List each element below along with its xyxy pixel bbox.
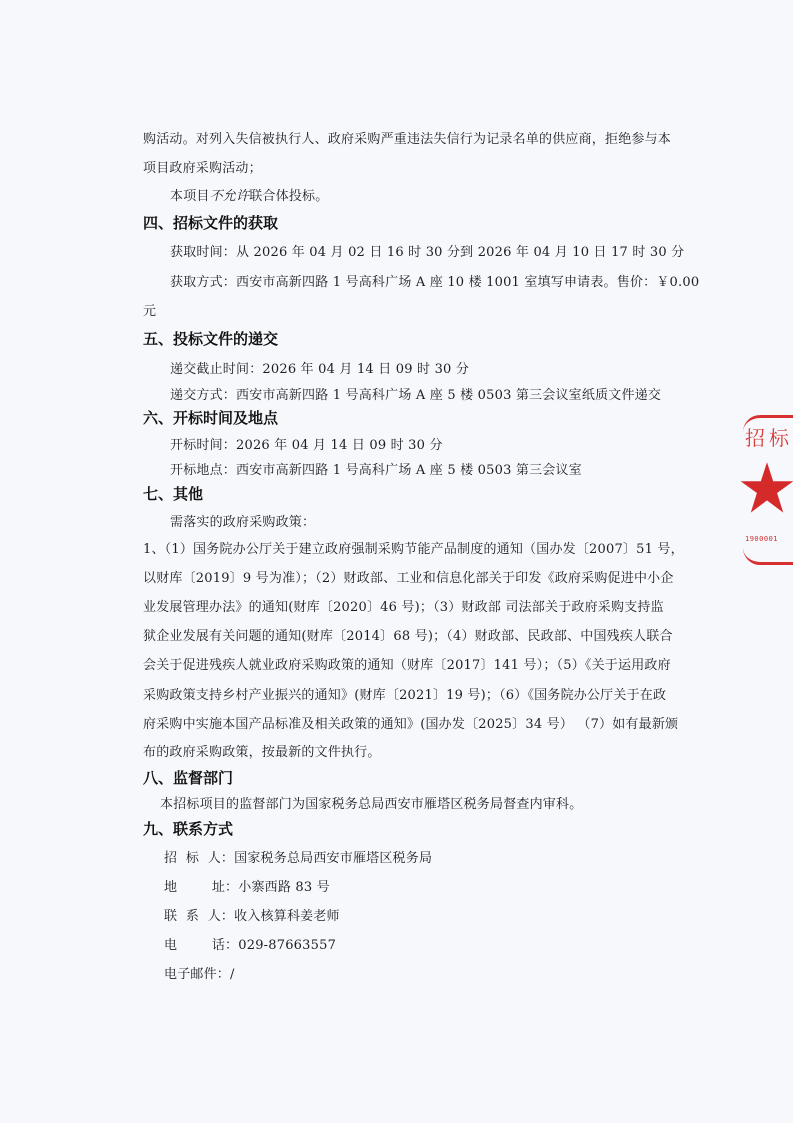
star-icon (739, 460, 793, 516)
policy-line: 业发展管理办法》的通知(财库〔2020〕46 号)；（3）财政部 司法部关于政府… (143, 600, 664, 616)
policy-intro: 需落实的政府采购政策： (170, 515, 315, 531)
section-7-heading: 七、其他 (143, 485, 203, 503)
contact-row-tenderer: 招 标 人：国家税务总局西安市雁塔区税务局 (164, 851, 432, 867)
policy-line: 以财库〔2019〕9 号为准）；（2）财政部、工业和信息化部关于印发《政府采购促… (143, 571, 674, 587)
consortium-prefix: 本项目 (170, 189, 210, 204)
submission-method: 递交方式：西安市高新四路 1 号高科广场 A 座 5 楼 0503 第三会议室纸… (170, 388, 661, 404)
consortium-suffix: 联合体投标。 (249, 189, 328, 204)
seal-ring-bottom (743, 548, 793, 565)
section-8-heading: 八、监督部门 (143, 769, 233, 787)
contact-value: 收入核算科姜老师 (234, 909, 340, 924)
policy-line: 会关于促进残疾人就业政府采购政策的通知（财库〔2017〕141 号）；（5）《关… (143, 658, 671, 674)
contact-label: 电 话： (164, 938, 238, 953)
contact-row-person: 联 系 人：收入核算科姜老师 (164, 909, 340, 925)
acquisition-time: 获取时间：从 2026 年 04 月 02 日 16 时 30 分到 2026 … (170, 245, 684, 261)
contact-label: 联 系 人： (164, 909, 234, 924)
contact-value: 029-87663557 (238, 938, 336, 953)
policy-line: 布的政府采购政策，按最新的文件执行。 (143, 745, 381, 761)
section-4-heading: 四、招标文件的获取 (143, 214, 278, 232)
policy-line: 狱企业发展有关问题的通知(财库〔2014〕68 号)；（4）财政部、民政部、中国… (143, 629, 673, 645)
contact-label: 电子邮件： (164, 967, 230, 982)
seal-text: 招标 (745, 422, 793, 451)
opening-time: 开标时间：2026 年 04 月 14 日 09 时 30 分 (170, 438, 443, 454)
policy-line: 采购政策支持乡村产业振兴的通知》(财库〔2021〕19 号)；（6）《国务院办公… (143, 688, 666, 704)
opening-place: 开标地点：西安市高新四路 1 号高科广场 A 座 5 楼 0503 第三会议室 (170, 463, 582, 479)
contact-value: 国家税务总局西安市雁塔区税务局 (234, 851, 432, 866)
intro-line-1: 购活动。对列入失信被执行人、政府采购严重违法失信行为记录名单的供应商，拒绝参与本 (143, 132, 671, 148)
section-5-heading: 五、投标文件的递交 (143, 330, 278, 348)
document-page: 购活动。对列入失信被执行人、政府采购严重违法失信行为记录名单的供应商，拒绝参与本… (0, 0, 793, 1123)
submission-deadline: 递交截止时间：2026 年 04 月 14 日 09 时 30 分 (170, 362, 469, 378)
seal-code: 1900001 (745, 535, 778, 543)
section-6-heading: 六、开标时间及地点 (143, 409, 278, 427)
consortium-line: 本项目不允许联合体投标。 (170, 189, 328, 205)
contact-row-phone: 电 话：029-87663557 (164, 938, 336, 954)
intro-line-2: 项目政府采购活动； (143, 161, 262, 177)
supervision-text: 本招标项目的监督部门为国家税务总局西安市雁塔区税务局督查内审科。 (160, 797, 582, 813)
contact-row-email: 电子邮件：/ (164, 967, 235, 983)
section-9-heading: 九、联系方式 (143, 820, 233, 838)
consortium-emphasis: 不允许 (210, 189, 250, 204)
contact-value: / (230, 967, 235, 982)
acquisition-method-line-2: 元 (143, 304, 156, 320)
policy-line: 1、（1）国务院办公厅关于建立政府强制采购节能产品制度的通知（国办发〔2007〕… (143, 542, 684, 558)
contact-label: 招 标 人： (164, 851, 234, 866)
acquisition-method-line-1: 获取方式：西安市高新四路 1 号高科广场 A 座 10 楼 1001 室填写申请… (170, 275, 699, 291)
contact-row-address: 地 址：小寨西路 83 号 (164, 880, 330, 896)
policy-line: 府采购中实施本国产品标准及相关政策的通知》(国办发〔2025〕34 号） （7）… (143, 717, 678, 733)
contact-label: 地 址： (164, 880, 238, 895)
official-seal: 招标 1900001 (735, 410, 793, 570)
contact-value: 小寨西路 83 号 (238, 880, 330, 895)
